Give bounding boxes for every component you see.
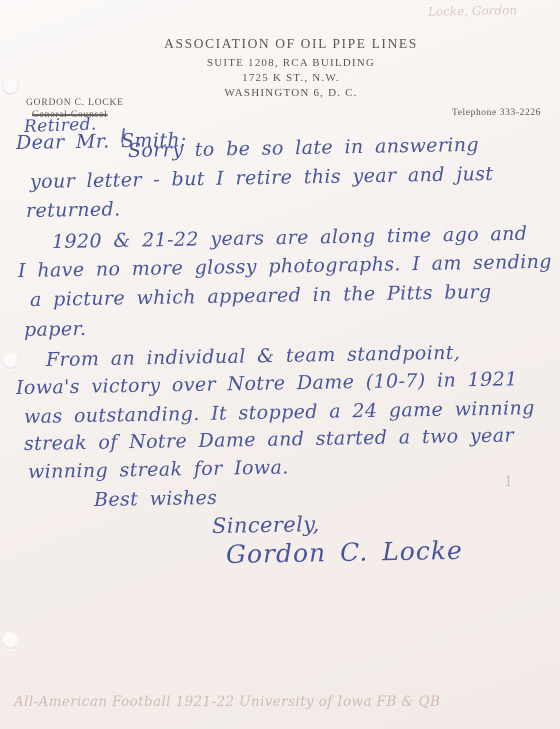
scanned-letter-page: Locke, Gordon ASSOCIATION OF OIL PIPE LI… — [0, 0, 560, 729]
telephone-number: Telephone 333-2226 — [452, 108, 541, 118]
letterhead-suite: SUITE 1208, RCA BUILDING — [22, 57, 560, 69]
sender-name: GORDON C. LOCKE — [26, 98, 124, 108]
punch-hole-bottom — [2, 632, 19, 649]
body-line: I have no more glossy photographs. I am … — [18, 251, 552, 282]
body-line: winning streak for Iowa. — [28, 456, 289, 483]
punch-hole-middle — [2, 352, 19, 369]
body-line: paper. — [24, 318, 87, 341]
letterhead-street: 1725 K ST., N.W. — [22, 72, 560, 84]
body-line: Iowa's victory over Notre Dame (10-7) in… — [16, 368, 518, 399]
body-line: Sorry to be so late in answering — [128, 134, 479, 162]
body-line: a picture which appeared in the Pitts bu… — [30, 281, 492, 311]
letterhead-org-name: ASSOCIATION OF OIL PIPE LINES — [22, 36, 560, 52]
body-line: 1920 & 21-22 years are along time ago an… — [52, 223, 528, 253]
body-line: From an individual & team standpoint, — [46, 342, 461, 371]
closing-line: Best wishes — [94, 487, 218, 511]
body-line: was outstanding. It stopped a 24 game wi… — [24, 397, 535, 428]
body-line: your letter - but I retire this year and… — [30, 163, 494, 193]
signature: Gordon C. Locke — [226, 536, 463, 569]
body-line: returned. — [26, 198, 121, 222]
body-line: streak of Notre Dame and started a two y… — [24, 424, 514, 455]
letterhead: ASSOCIATION OF OIL PIPE LINES SUITE 1208… — [0, 36, 560, 102]
stray-pencil-mark: 1 — [504, 474, 513, 490]
pencil-annotation-top: Locke, Gordon — [428, 3, 517, 19]
pencil-annotation-bottom: All-American Football 1921-22 University… — [14, 694, 440, 710]
signoff-line: Sincerely, — [212, 512, 320, 538]
